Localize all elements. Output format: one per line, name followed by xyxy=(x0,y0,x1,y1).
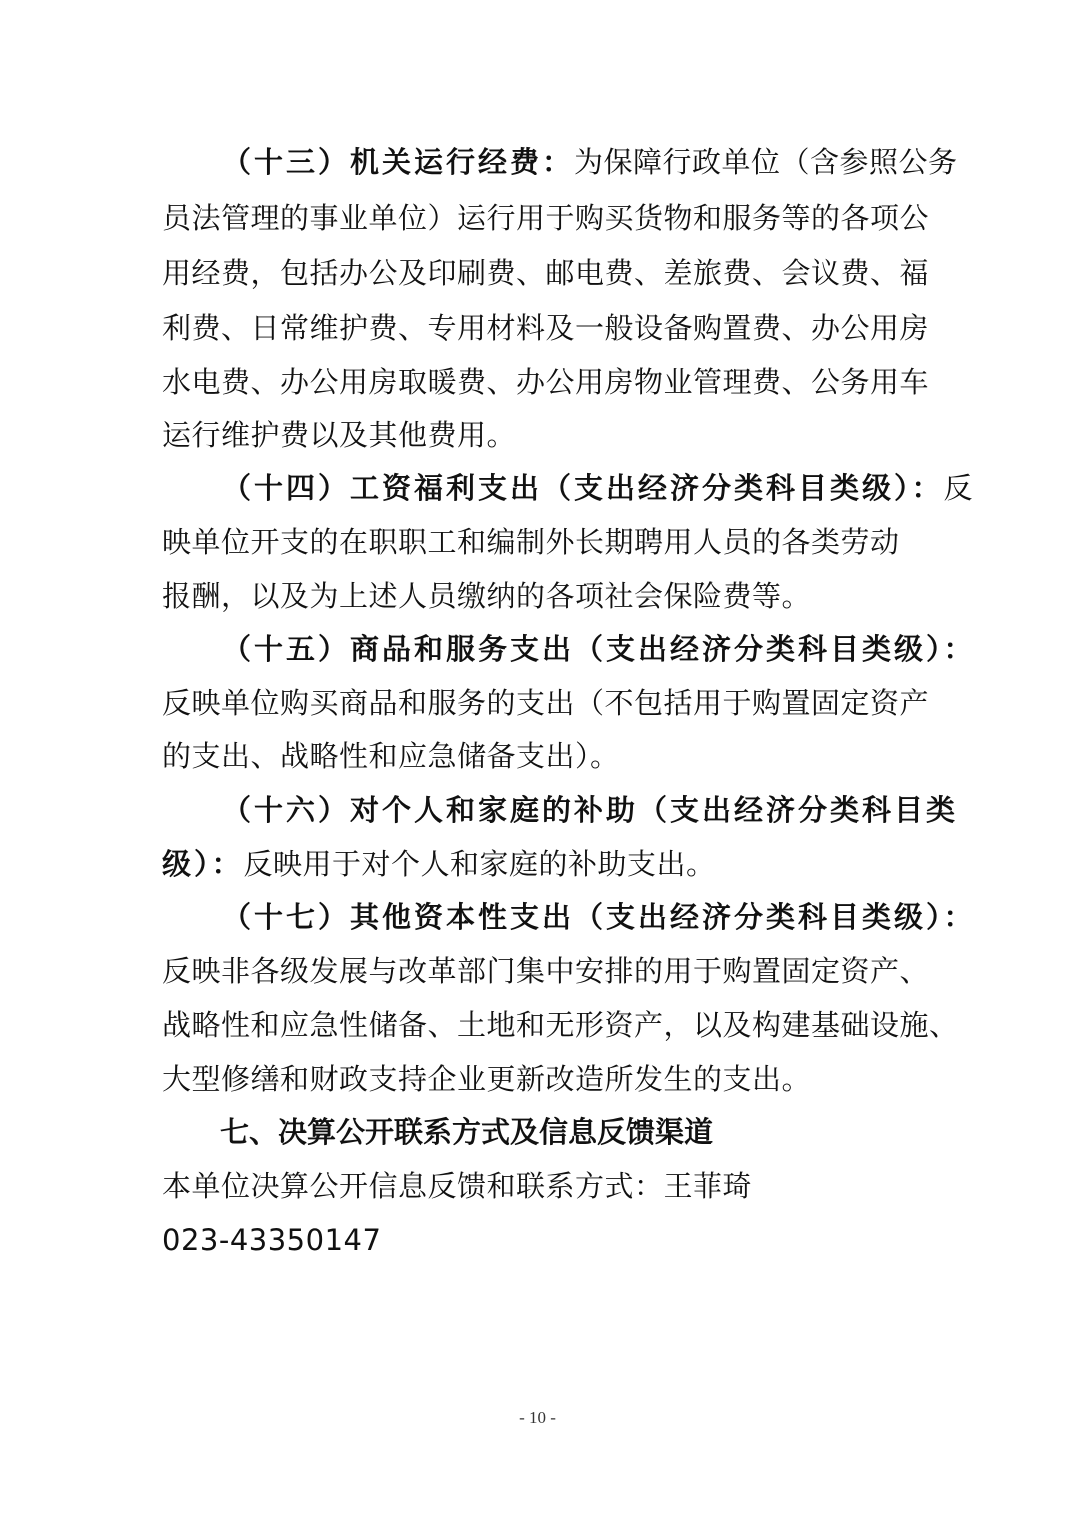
page-number: - 10 - xyxy=(0,1408,1075,1428)
section-13-line-1: （十三）机关运行经费：为保障行政单位（含参照公务 xyxy=(222,142,958,182)
section-14-line-2: 映单位开支的在职职工和编制外长期聘用人员的各类劳动 xyxy=(162,522,900,562)
section-16-title: （十六）对个人和家庭的补助（支出经济分类科目类 xyxy=(222,793,958,827)
contact-line: 本单位决算公开信息反馈和联系方式：王菲琦 xyxy=(162,1166,752,1206)
section-17-line-3: 战略性和应急性储备、土地和无形资产，以及构建基础设施、 xyxy=(162,1005,959,1045)
section-13-line-6: 运行维护费以及其他费用。 xyxy=(162,415,516,455)
section-17-title: （十七）其他资本性支出（支出经济分类科目类级）： xyxy=(222,900,976,934)
section-15-line-2: 反映单位购买商品和服务的支出（不包括用于购置固定资产 xyxy=(162,683,929,723)
section-13-line-2: 员法管理的事业单位）运行用于购买货物和服务等的各项公 xyxy=(162,198,929,238)
section-17-line-2: 反映非各级发展与改革部门集中安排的用于购置固定资产、 xyxy=(162,951,929,991)
contact-heading: 七、决算公开联系方式及信息反馈渠道 xyxy=(220,1112,713,1152)
section-17-line-1: （十七）其他资本性支出（支出经济分类科目类级）： xyxy=(222,897,976,937)
document-page: （十三）机关运行经费：为保障行政单位（含参照公务 员法管理的事业单位）运行用于购… xyxy=(0,0,1075,1520)
section-13-title: （十三）机关运行经费： xyxy=(222,145,574,179)
section-14-line-3: 报酬，以及为上述人员缴纳的各项社会保险费等。 xyxy=(162,576,811,616)
section-13-line-4: 利费、日常维护费、专用材料及一般设备购置费、办公用房 xyxy=(162,308,929,348)
section-14-title: （十四）工资福利支出（支出经济分类科目类级）： xyxy=(222,471,944,505)
section-15-line-3: 的支出、战略性和应急储备支出）。 xyxy=(162,736,620,776)
section-15-title: （十五）商品和服务支出（支出经济分类科目类级）： xyxy=(222,632,976,666)
section-13-line-3: 用经费，包括办公及印刷费、邮电费、差旅费、会议费、福 xyxy=(162,253,929,293)
section-16-line-1: （十六）对个人和家庭的补助（支出经济分类科目类 xyxy=(222,790,958,830)
section-17-line-4: 大型修缮和财政支持企业更新改造所发生的支出。 xyxy=(162,1059,811,1099)
section-14-line-1: （十四）工资福利支出（支出经济分类科目类级）：反 xyxy=(222,468,973,508)
section-16-line-2: 级）：反映用于对个人和家庭的补助支出。 xyxy=(162,844,716,884)
section-13-line-5: 水电费、办公用房取暖费、办公用房物业管理费、公务用车 xyxy=(162,362,929,402)
section-15-line-1: （十五）商品和服务支出（支出经济分类科目类级）： xyxy=(222,629,976,669)
contact-phone: 023-43350147 xyxy=(162,1220,381,1260)
